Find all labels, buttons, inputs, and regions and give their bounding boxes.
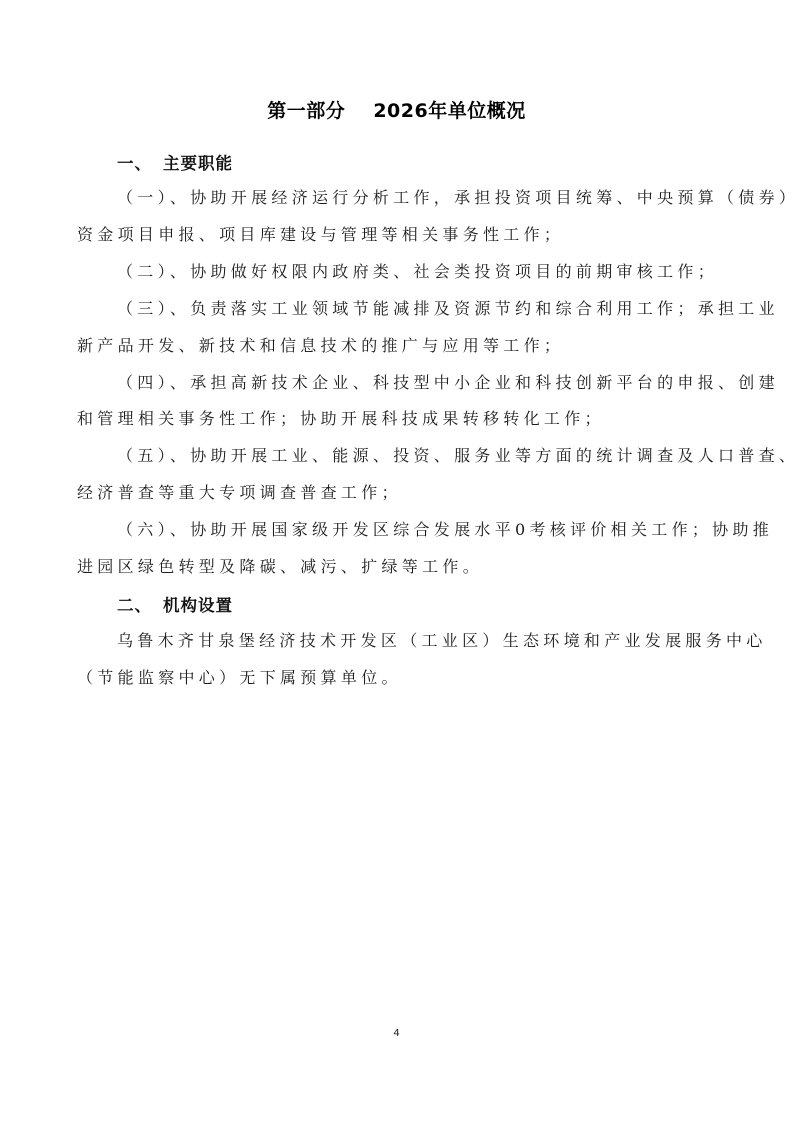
paragraph-line: （三）、负责落实工业领域节能减排及资源节约和综合利用工作；承担工业 — [117, 296, 779, 319]
section-title: 主要职能 — [163, 154, 233, 173]
paragraph-line: （节能监察中心）无下属预算单位。 — [77, 665, 402, 688]
section-number: 一、 — [117, 150, 163, 174]
paragraph-line: （一）、协助开展经济运行分析工作，承担投资项目统筹、中央预算（债券） — [117, 185, 793, 208]
paragraph-line: （六）、协助开展国家级开发区综合发展水平0考核评价相关工作；协助推 — [117, 517, 773, 540]
paragraph-line: （四）、承担高新技术企业、科技型中小企业和科技创新平台的申报、创建 — [117, 370, 779, 393]
section-heading-organization: 二、机构设置 — [117, 592, 233, 616]
page-number: 4 — [0, 1028, 793, 1039]
section-number: 二、 — [117, 592, 163, 616]
title-text: 2026年单位概况 — [373, 100, 525, 122]
paragraph-line: 进园区绿色转型及降碳、减污、扩绿等工作。 — [77, 554, 483, 577]
paragraph-line: 新产品开发、新技术和信息技术的推广与应用等工作； — [77, 333, 564, 356]
document-page: 第一部分2026年单位概况 一、主要职能 （一）、协助开展经济运行分析工作，承担… — [0, 0, 793, 1122]
paragraph-line: 和管理相关事务性工作；协助开展科技成果转移转化工作； — [77, 406, 605, 429]
paragraph-line: 乌鲁木齐甘泉堡经济技术开发区（工业区）生态环境和产业发展服务中心 — [117, 628, 767, 651]
section-heading-main-functions: 一、主要职能 — [117, 150, 233, 174]
paragraph-line: （五）、协助开展工业、能源、投资、服务业等方面的统计调查及人口普查、 — [117, 443, 793, 466]
section-title: 机构设置 — [163, 596, 233, 615]
paragraph-line: （二）、协助做好权限内政府类、社会类投资项目的前期审核工作； — [117, 259, 718, 282]
page-title: 第一部分2026年单位概况 — [0, 96, 793, 123]
paragraph-line: 经济普查等重大专项调查普查工作； — [77, 480, 402, 503]
paragraph-line: 资金项目申报、项目库建设与管理等相关事务性工作； — [77, 222, 564, 245]
title-part: 第一部分 — [267, 100, 345, 122]
